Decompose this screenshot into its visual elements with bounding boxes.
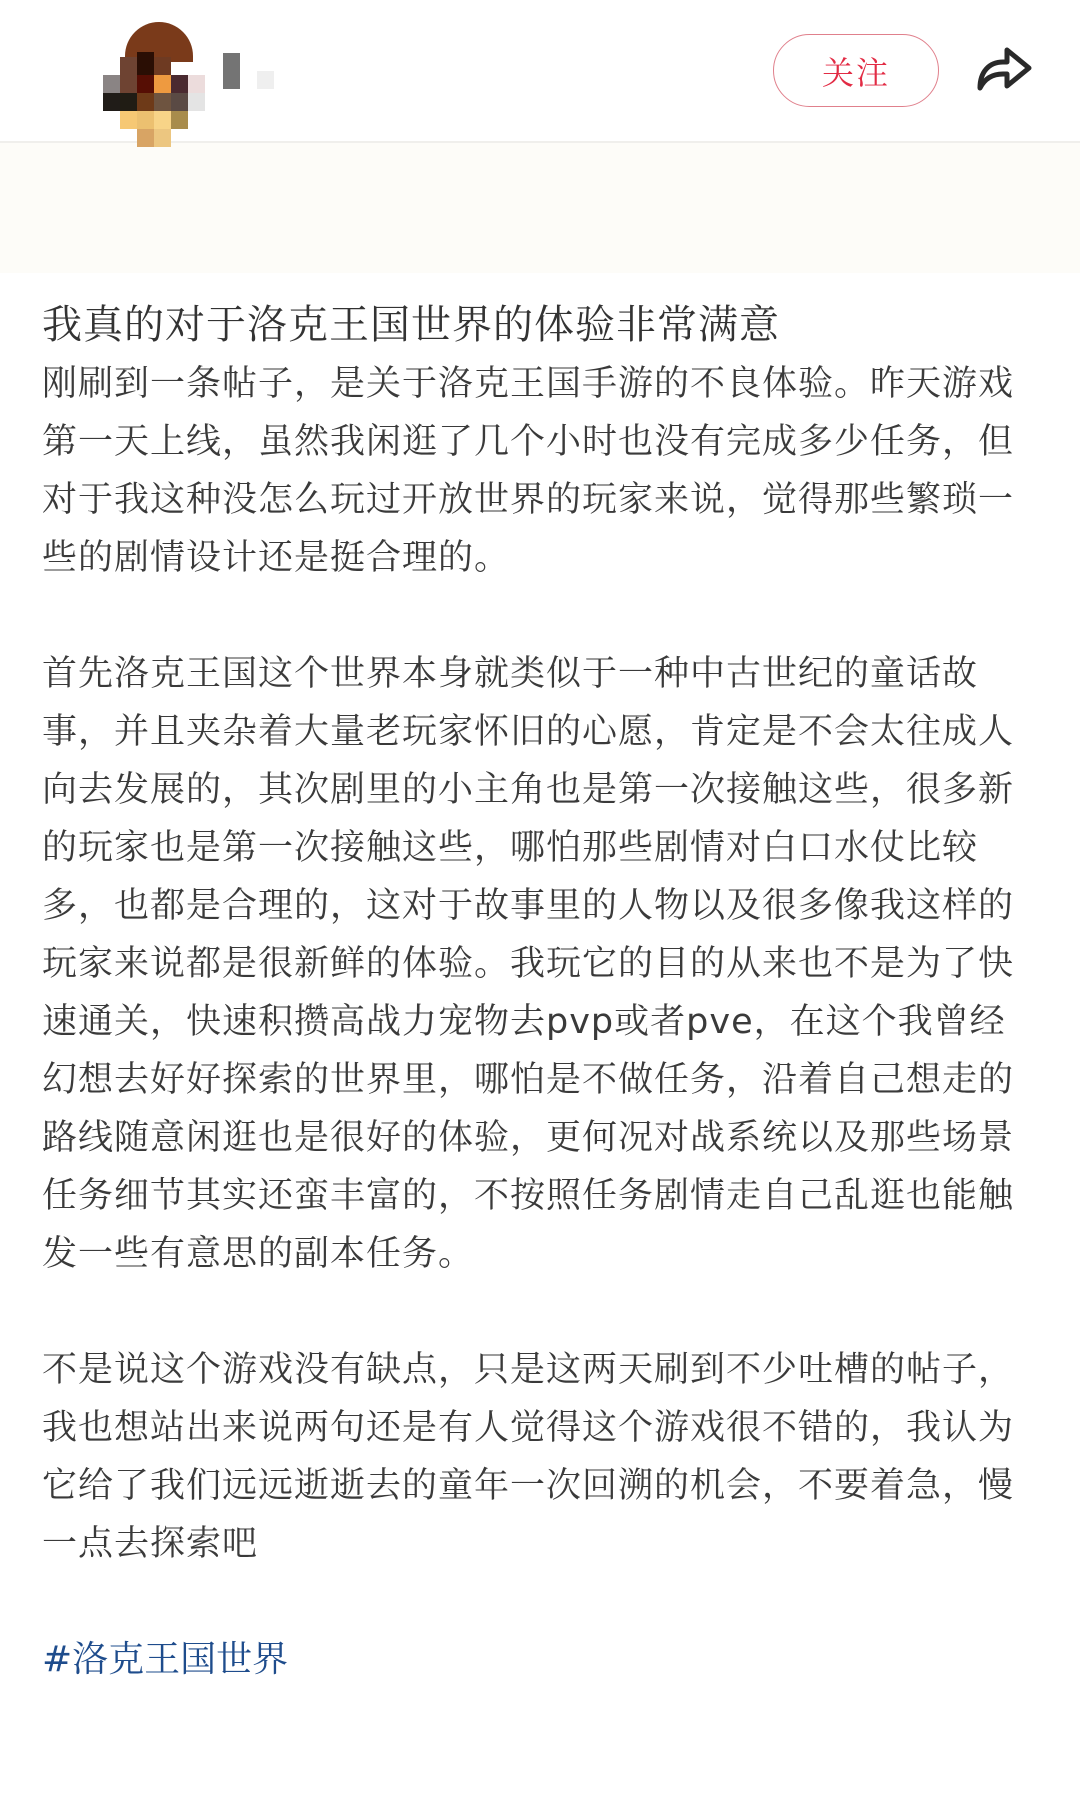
avatar-pixel: [154, 129, 171, 147]
post-content: 我真的对于洛克王国世界的体验非常满意 刚刷到一条帖子，是关于洛克王国手游的不良体…: [0, 295, 1080, 1689]
follow-button[interactable]: 关注: [773, 34, 939, 107]
avatar-pixel: [120, 57, 137, 75]
avatar-pixel: [137, 93, 154, 111]
avatar-pixel: [120, 111, 137, 129]
avatar-pixel: [120, 75, 137, 93]
avatar-hair: [125, 22, 193, 62]
avatar-pixel: [154, 57, 171, 75]
post-paragraph: 不是说这个游戏没有缺点，只是这两天刷到不少吐槽的帖子，我也想站出来说两句还是有人…: [42, 1341, 1038, 1573]
avatar-pixel: [137, 111, 154, 129]
avatar-pixel: [154, 75, 171, 93]
post-paragraph: 刚刷到一条帖子，是关于洛克王国手游的不良体验。昨天游戏第一天上线，虽然我闲逛了几…: [42, 355, 1038, 587]
post-header: 关注: [0, 0, 1080, 143]
banner-area: [0, 143, 1080, 273]
avatar-pixel: [154, 111, 171, 129]
post-title: 我真的对于洛克王国世界的体验非常满意: [42, 295, 1038, 355]
username-blurred-tail: [257, 71, 274, 89]
avatar-pixel: [188, 93, 205, 111]
follow-button-label: 关注: [822, 48, 890, 94]
avatar-pixel: [137, 129, 154, 147]
hashtag-link[interactable]: #洛克王国世界: [42, 1631, 288, 1689]
avatar-pixel: [171, 75, 188, 93]
avatar-pixel: [137, 52, 154, 75]
avatar-pixel: [171, 93, 188, 111]
avatar-pixel: [137, 75, 154, 93]
avatar-pixel: [188, 75, 205, 93]
avatar-pixel: [103, 75, 120, 93]
avatar-pixel: [120, 93, 137, 111]
username-blurred[interactable]: [223, 53, 240, 89]
avatar-pixel: [103, 93, 120, 111]
paragraph-spacer: [42, 1283, 1038, 1341]
avatar-pixel: [171, 111, 188, 129]
paragraph-spacer: [42, 587, 1038, 645]
avatar-pixel: [154, 93, 171, 111]
avatar[interactable]: [103, 22, 191, 124]
post-paragraph: 首先洛克王国这个世界本身就类似于一种中古世纪的童话故事，并且夹杂着大量老玩家怀旧…: [42, 645, 1038, 1283]
share-arrow-icon[interactable]: [975, 42, 1035, 94]
